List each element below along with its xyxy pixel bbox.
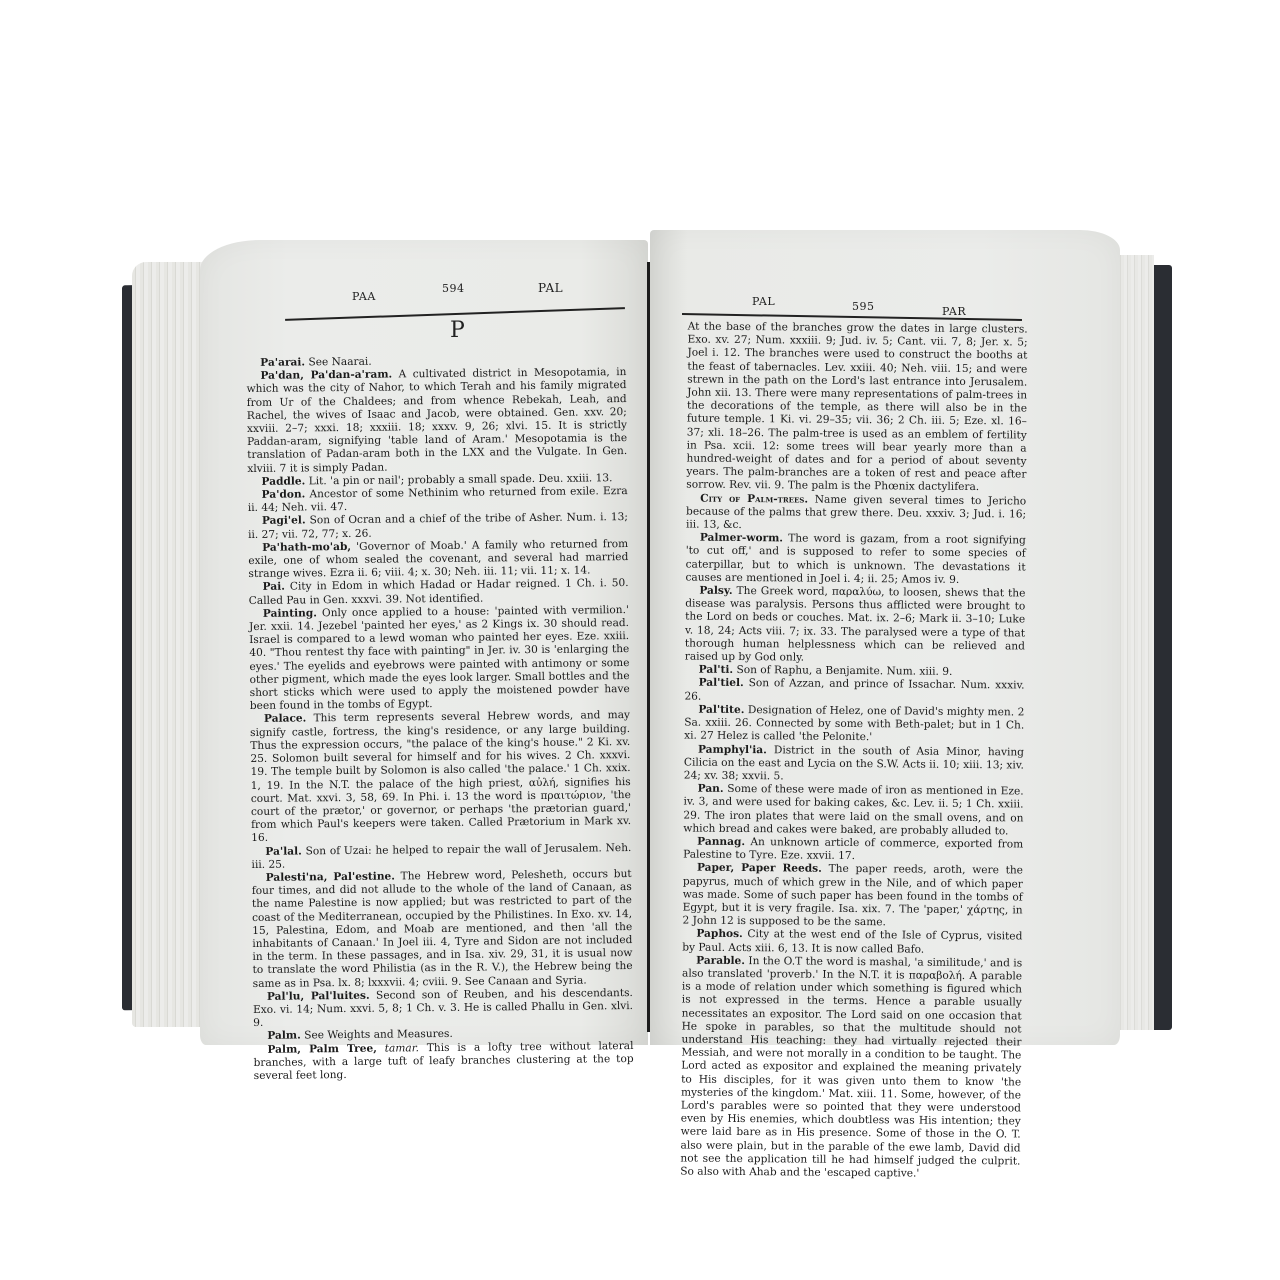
book-gutter [647, 262, 650, 1032]
dictionary-entry: Paper, Paper Reeds. The paper reeds, aro… [682, 862, 1023, 931]
dictionary-entry: Pan. Some of these were made of iron as … [683, 783, 1023, 839]
right-column: At the base of the branches grow the dat… [680, 321, 1027, 1182]
dictionary-entry: Pagi'el. Son of Ocran and a chief of the… [248, 511, 628, 541]
dictionary-entry: Pal'tiel. Son of Azzan, and prince of Is… [684, 677, 1024, 706]
dictionary-entry: Pal'lu, Pal'luites. Second son of Reuben… [253, 987, 633, 1031]
dictionary-entry: Palesti'na, Pal'estine. The Hebrew word,… [252, 868, 633, 991]
dictionary-entry: Pa'dan, Pa'dan-a'ram. A cultivated distr… [246, 366, 627, 476]
dictionary-entry: Painting. Only once applied to a house: … [249, 604, 630, 714]
dictionary-entry: City of Palm-trees. Name given several t… [686, 492, 1026, 535]
dictionary-entry: Pa'lal. Son of Uzai: he helped to repair… [251, 842, 631, 872]
left-header-left: PAA [352, 290, 376, 303]
dictionary-entry: Parable. In the O.T the word is mashal, … [680, 954, 1022, 1181]
open-book: PAA 594 PAL P PAL 595 PAR Pa'arai. See N… [0, 0, 1280, 1280]
left-page-number: 594 [442, 282, 465, 295]
dictionary-entry: Palmer-worm. The word is gazam, from a r… [685, 532, 1025, 588]
right-page-number: 595 [852, 300, 875, 313]
dictionary-entry: Pai. City in Edom in which Hadad or Hada… [249, 577, 629, 607]
dictionary-entry: Palm, Palm Tree, tamar. This is a lofty … [253, 1040, 633, 1084]
dictionary-entry: Palsy. The Greek word, παραλύω, to loose… [685, 585, 1026, 667]
dictionary-entry: Pa'don. Ancestor of some Nethinim who re… [248, 485, 628, 515]
section-letter: P [450, 318, 465, 343]
dictionary-entry: Pa'hath-mo'ab, 'Governor of Moab.' A fam… [248, 538, 628, 582]
dictionary-entry: Pal'tite. Designation of Helez, one of D… [684, 703, 1024, 746]
left-column: Pa'arai. See Naarai. Pa'dan, Pa'dan-a'ra… [246, 353, 634, 1083]
continuation-text: At the base of the branches grow the dat… [686, 321, 1027, 496]
dictionary-entry: Pamphyl'ia. District in the south of Asi… [684, 743, 1024, 786]
right-header-right: PAR [942, 305, 966, 318]
dictionary-entry: Palace. This term represents several Heb… [250, 709, 631, 845]
dictionary-entry: Pannag. An unknown article of commerce, … [683, 835, 1023, 864]
right-header-left: PAL [752, 295, 775, 308]
dictionary-entry: Paphos. City at the west end of the Isle… [682, 928, 1022, 957]
left-header-right: PAL [538, 281, 563, 295]
